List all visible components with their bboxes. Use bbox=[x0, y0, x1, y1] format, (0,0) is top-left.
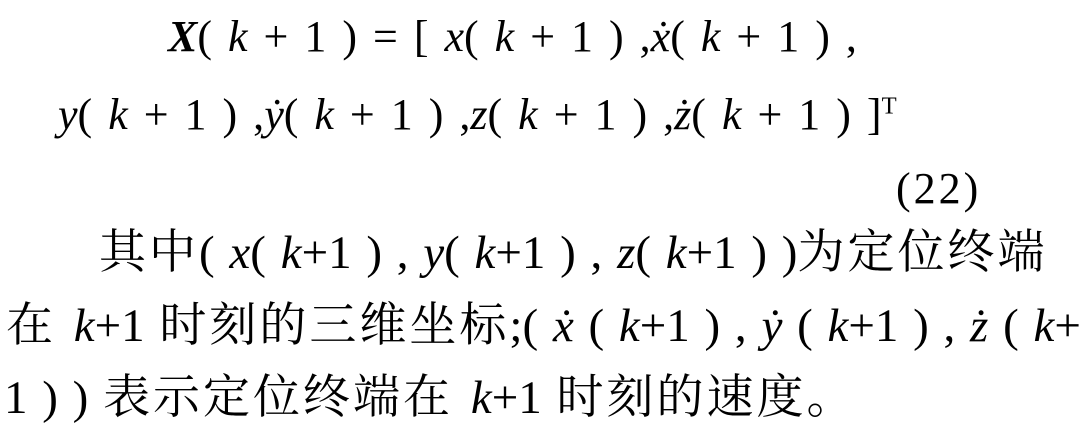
text-segment: ( bbox=[635, 227, 665, 279]
text-segment: k bbox=[471, 372, 492, 424]
text-segment: +1 ) , bbox=[640, 300, 762, 352]
text-segment: 1 ) ) bbox=[4, 372, 103, 424]
text-segment: k bbox=[518, 90, 538, 139]
text-segment: ( bbox=[78, 90, 109, 139]
text-segment: x bbox=[229, 227, 250, 279]
paragraph-line-1: 其中( x( k+1 ) , y( k+1 ) , z( k+1 ) )为定位终… bbox=[99, 226, 1047, 280]
text-segment: + 1 ) ] bbox=[741, 90, 881, 139]
text-segment: k bbox=[228, 12, 248, 61]
text-segment: k bbox=[475, 227, 496, 279]
text-segment: T bbox=[882, 93, 897, 120]
text-segment: ( bbox=[199, 227, 229, 279]
text-segment: ( bbox=[197, 12, 228, 61]
text-segment: k bbox=[722, 90, 742, 139]
equation-line-2: y( k + 1 ) ,ẏ( k + 1 ) ,z( k + 1 ) ,ż( k… bbox=[58, 90, 897, 141]
text-segment: ẋ bbox=[553, 300, 574, 352]
paragraph-line-3: 1 ) ) 表示定位终端在 k+1 时刻的速度。 bbox=[4, 371, 856, 425]
text-segment: ( bbox=[670, 12, 701, 61]
text-segment: ( bbox=[250, 227, 280, 279]
text-segment: +1 ) , bbox=[848, 300, 970, 352]
text-segment: x bbox=[444, 12, 464, 61]
text-segment: 为定位终端 bbox=[797, 227, 1047, 279]
text-segment: + 1 ) = [ bbox=[248, 12, 445, 61]
text-segment: 时刻的速度。 bbox=[556, 372, 856, 424]
text-segment: ( bbox=[782, 300, 827, 352]
text-segment: k bbox=[314, 90, 334, 139]
paragraph-line-2: 在 k+1 时刻的三维坐标;( ẋ ( k+1 ) , ẏ ( k+1 ) , … bbox=[6, 299, 1081, 353]
text-segment: z bbox=[470, 90, 487, 139]
text-segment: k bbox=[701, 12, 721, 61]
text-segment: k bbox=[74, 300, 95, 352]
text-segment: ;( bbox=[509, 300, 552, 352]
text-segment: + 1 ) , bbox=[128, 90, 264, 139]
text-segment: k bbox=[281, 227, 302, 279]
text-segment: y bbox=[58, 90, 78, 139]
text-segment: 在 bbox=[6, 300, 74, 352]
text-segment: ż bbox=[970, 300, 988, 352]
equation-line-1: X( k + 1 ) = [ x( k + 1 ) ,ẋ( k + 1 ) , bbox=[168, 12, 857, 63]
text-segment: + 1 ) , bbox=[514, 12, 650, 61]
text-segment: 其中 bbox=[99, 227, 199, 279]
text-segment: +1 ) , bbox=[302, 227, 424, 279]
equation-number: (22) bbox=[896, 164, 981, 215]
text-segment: ( bbox=[284, 90, 315, 139]
text-segment: k bbox=[495, 12, 515, 61]
paper-page: X( k + 1 ) = [ x( k + 1 ) ,ẋ( k + 1 ) , … bbox=[0, 0, 1090, 430]
text-segment: ( bbox=[464, 12, 495, 61]
text-segment: k bbox=[108, 90, 128, 139]
text-segment: ż bbox=[674, 90, 691, 139]
text-segment: +1 bbox=[95, 300, 160, 352]
text-segment: + bbox=[1054, 300, 1081, 352]
text-segment: k bbox=[619, 300, 640, 352]
text-segment: + 1 ) , bbox=[334, 90, 470, 139]
text-segment: ( bbox=[691, 90, 722, 139]
text-segment: y bbox=[423, 227, 444, 279]
text-segment: z bbox=[617, 227, 635, 279]
text-segment: ẏ bbox=[264, 90, 284, 139]
text-segment: k bbox=[827, 300, 848, 352]
text-segment: k bbox=[666, 227, 687, 279]
text-segment: k bbox=[1033, 300, 1054, 352]
text-segment: + 1 ) , bbox=[538, 90, 674, 139]
text-segment: ( bbox=[488, 90, 519, 139]
text-segment: 时刻的三维坐标 bbox=[159, 300, 509, 352]
text-segment: ẋ bbox=[651, 12, 671, 61]
text-segment: ( bbox=[444, 227, 474, 279]
text-segment: 表示定位终端在 bbox=[103, 372, 471, 424]
text-segment: +1 ) ) bbox=[687, 227, 798, 279]
text-segment: +1 ) , bbox=[495, 227, 617, 279]
text-segment: +1 bbox=[492, 372, 557, 424]
text-segment: ( bbox=[988, 300, 1033, 352]
text-segment: ẏ bbox=[761, 300, 782, 352]
text-segment: X bbox=[168, 12, 197, 61]
text-segment: + 1 ) , bbox=[720, 12, 856, 61]
text-segment: ( bbox=[574, 300, 619, 352]
